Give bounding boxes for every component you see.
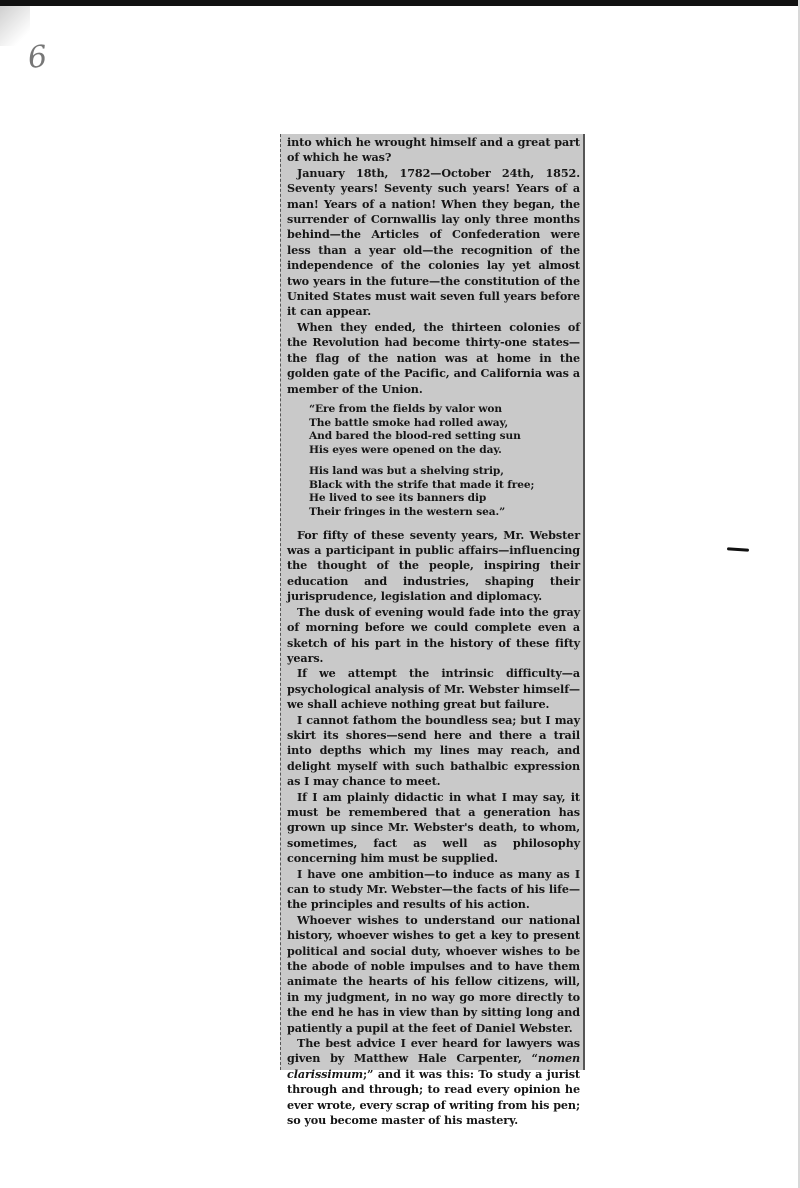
scan-top-border (0, 0, 800, 6)
poem-line: Black with the strife that made it free; (309, 479, 580, 493)
ink-dash-mark (727, 547, 749, 552)
article-paragraph: For fifty of these seventy years, Mr. We… (287, 528, 580, 605)
poem-line: Their fringes in the western sea.” (309, 506, 580, 520)
poem-line: His land was but a shelving strip, (309, 465, 580, 479)
article-paragraph: January 18th, 1782—October 24th, 1852. S… (287, 166, 580, 320)
article-paragraph: The dusk of evening would fade into the … (287, 605, 580, 667)
poem-stanza: His land was but a shelving strip, Black… (309, 465, 580, 519)
scan-corner-shadow (0, 6, 30, 46)
article-paragraph: When they ended, the thirteen colonies o… (287, 320, 580, 397)
article-paragraph: If I am plainly didactic in what I may s… (287, 790, 580, 867)
article-paragraph-final: The best advice I ever heard for lawyers… (287, 1036, 580, 1128)
poem-line: “Ere from the fields by valor won (309, 403, 580, 417)
poem-line: His eyes were opened on the day. (309, 444, 580, 458)
poem-line: And bared the blood-red setting sun (309, 430, 580, 444)
handwritten-page-number: 6 (26, 39, 49, 76)
final-text-before: The best advice I ever heard for lawyers… (287, 1036, 580, 1065)
poem-line: He lived to see its banners dip (309, 492, 580, 506)
article-paragraph: I have one ambition—to induce as many as… (287, 867, 580, 913)
article-paragraph: Whoever wishes to understand our nationa… (287, 913, 580, 1036)
article-paragraph: If we attempt the intrinsic difficulty—a… (287, 666, 580, 712)
poem-quote: “Ere from the fields by valor won The ba… (309, 403, 580, 520)
poem-stanza: “Ere from the fields by valor won The ba… (309, 403, 580, 457)
newspaper-clipping: into which he wrought himself and a grea… (280, 134, 585, 1070)
article-paragraph: I cannot fathom the boundless sea; but I… (287, 713, 580, 790)
poem-line: The battle smoke had rolled away, (309, 417, 580, 431)
article-paragraph: into which he wrought himself and a grea… (287, 135, 580, 166)
